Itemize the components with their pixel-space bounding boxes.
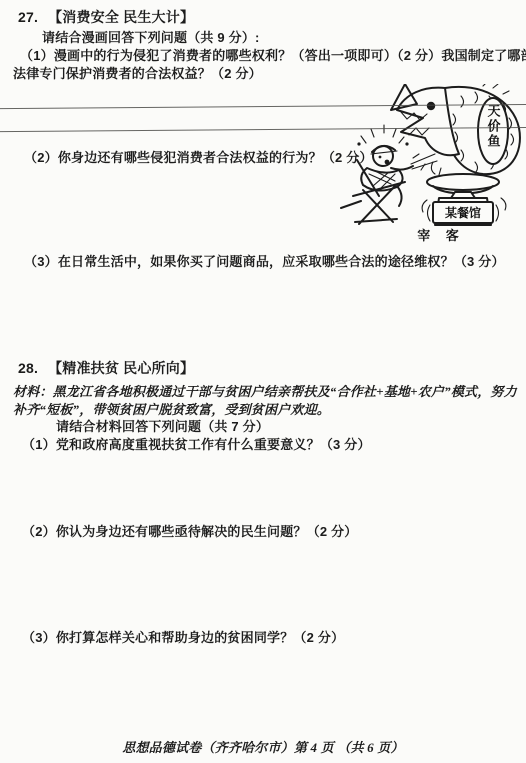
q28-title: 【精准扶贫 民心所向】 [48, 360, 194, 376]
cartoon-expensive-fish: 天价鱼 某餐馆 [333, 84, 526, 246]
q27-part2: （2）你身边还有哪些侵犯消费者合法权益的行为？（2 分） [24, 147, 373, 166]
q27-number: 27. [18, 9, 38, 25]
q28-number: 28. [18, 360, 38, 376]
q28-material-line1: 材料：黑龙江省各地积极通过干部与贫困户结亲帮扶及“合作社+基地+农户”模式，努力 [13, 381, 517, 400]
cartoon-caption: 宰 客 [417, 228, 465, 243]
q28-part2: （2）你认为身边还有哪些亟待解决的民生问题？（2 分） [22, 521, 357, 540]
restaurant-sign: 某餐馆 [428, 202, 499, 223]
q27-title: 【消费安全 民生大计】 [48, 9, 194, 25]
q28-part1: （1）党和政府高度重视扶贫工作有什么重要意义？（3 分） [22, 434, 371, 453]
q27-part1-line2: 法律专门保护消费者的合法权益？（2 分） [13, 63, 262, 82]
exam-page: 27.【消费安全 民生大计】 请结合漫画回答下列问题（共 9 分）: （1）漫画… [0, 0, 526, 763]
page-footer: 思想品德试卷（齐齐哈尔市）第 4 页 （共 6 页） [0, 737, 526, 756]
q27-part3: （3）在日常生活中，如果你买了问题商品，应采取哪些合法的途径维权？（3 分） [24, 251, 505, 270]
q27-part1-line1: （1）漫画中的行为侵犯了消费者的哪些权利？（答出一项即可）（2 分）我国制定了哪… [20, 45, 526, 64]
q27-heading: 27.【消费安全 民生大计】 [18, 7, 194, 27]
q27-intro: 请结合漫画回答下列问题（共 9 分）: [42, 27, 260, 46]
q28-heading: 28.【精准扶贫 民心所向】 [18, 358, 194, 378]
q28-part3: （3）你打算怎样关心和帮助身边的贫困同学？（2 分） [22, 627, 344, 646]
fish-price-label: 天价鱼 [478, 98, 508, 164]
restaurant-sign-text: 某餐馆 [444, 205, 481, 220]
q28-intro: 请结合材料回答下列问题（共 7 分） [56, 416, 269, 435]
